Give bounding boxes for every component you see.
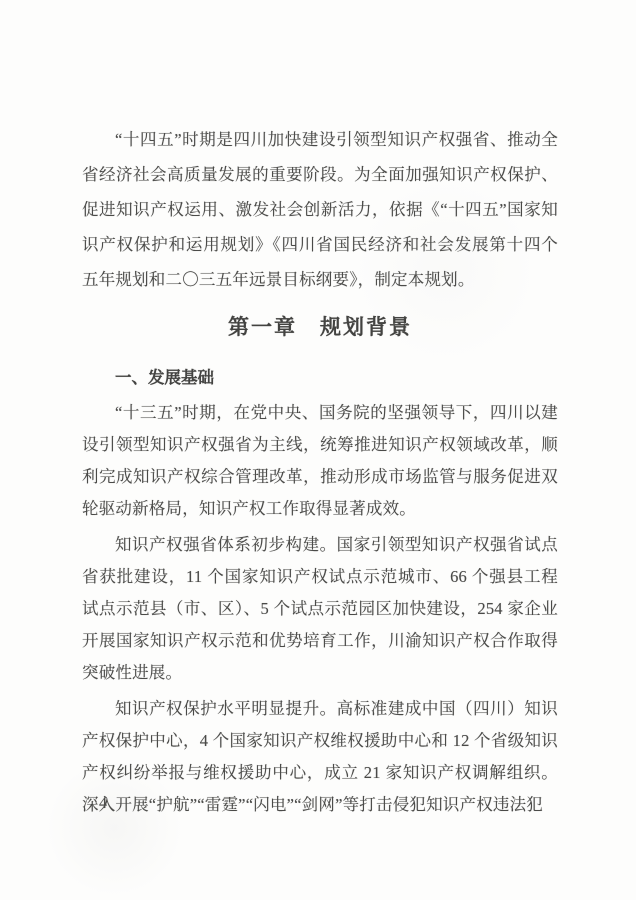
chapter-heading: 第一章 规划背景 <box>82 311 558 343</box>
body-paragraph-3: 知识产权保护水平明显提升。高标准建成中国（四川）知识产权保护中心，4 个国家知识… <box>82 693 558 821</box>
body-paragraph-1: “十三五”时期，在党中央、国务院的坚强领导下，四川以建设引领型知识产权强省为主线… <box>82 397 558 525</box>
page-number: 4 <box>99 795 107 813</box>
section-heading: 一、发展基础 <box>82 363 558 393</box>
document-page: “十四五”时期是四川加快建设引领型知识产权强省、推动全省经济社会高质量发展的重要… <box>0 0 636 900</box>
body-paragraph-2: 知识产权强省体系初步构建。国家引领型知识产权强省试点省获批建设，11 个国家知识… <box>82 529 558 689</box>
intro-paragraph: “十四五”时期是四川加快建设引领型知识产权强省、推动全省经济社会高质量发展的重要… <box>82 122 558 297</box>
